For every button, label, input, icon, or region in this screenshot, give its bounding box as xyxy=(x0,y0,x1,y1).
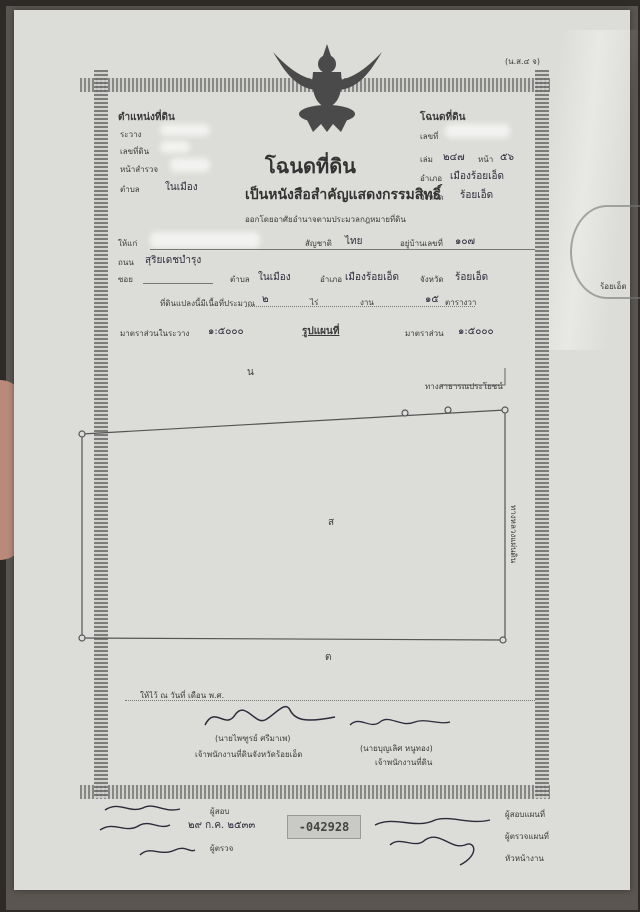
field-value-district: เมืองร้อยเอ็ด xyxy=(450,169,504,184)
plot-map-title: รูปแผนที่ xyxy=(302,324,339,339)
owner-province-label: จังหวัด xyxy=(420,273,444,286)
owner-subdistrict-label: ตำบล xyxy=(230,273,250,286)
area-rai-value: ๒ xyxy=(262,292,269,307)
redacted-survey-page xyxy=(170,158,210,172)
plot-scale-value: ๑:๕๐๐๐ xyxy=(458,324,494,339)
area-label: ที่ดินแปลงนี้มีเนื้อที่ประมาณ xyxy=(160,297,255,310)
address-value: ๑๐๗ xyxy=(455,234,475,249)
soi-label: ซอย xyxy=(118,273,133,286)
footer-date: ๒๙ ก.ค. ๒๕๓๓ xyxy=(188,818,255,833)
map-scale-label: มาตราส่วนในระวาง xyxy=(120,327,189,340)
deed-subtitle: เป็นหนังสือสำคัญแสดงกรรมสิทธิ์ xyxy=(245,184,441,206)
road-label: ถนน xyxy=(118,256,134,269)
deed-heading: โฉนดที่ดิน xyxy=(420,110,465,125)
area-sqwa-value: ๑๕ xyxy=(425,292,439,307)
location-heading: ตำแหน่งที่ดิน xyxy=(118,110,175,125)
owner-line xyxy=(150,249,535,250)
field-label-subdistrict: ตำบล xyxy=(120,183,140,196)
signer-left-name: (นายไพฑูรย์ ศรีมาเพ) xyxy=(215,732,291,745)
redacted-parcel-no xyxy=(160,141,190,153)
plot-road-label: ทางสาธารณประโยชน์ xyxy=(425,380,503,393)
signer-right-name: (นายบุญเลิศ หนูทอง) xyxy=(360,742,433,755)
field-value-volume: ๒๔๗ xyxy=(443,150,465,165)
plot-scale-label: มาตราส่วน xyxy=(405,327,444,340)
deed-title: โฉนดที่ดิน xyxy=(265,150,356,182)
field-value-subdistrict: ในเมือง xyxy=(165,180,198,195)
plot-south-label: ต xyxy=(325,650,332,665)
footer-label-head: หัวหน้างาน xyxy=(505,852,544,865)
signature-left xyxy=(195,695,345,735)
signature-right xyxy=(345,710,455,735)
owner-province-value: ร้อยเอ็ด xyxy=(455,270,488,285)
nationality-value: ไทย xyxy=(345,234,362,249)
signer-right-title: เจ้าพนักงานที่ดิน xyxy=(375,756,432,769)
field-value-page: ๕๖ xyxy=(500,150,514,165)
redacted-map-sheet xyxy=(160,124,210,136)
stamp-text: ร้อยเอ็ด xyxy=(600,280,627,293)
land-plot-map xyxy=(60,360,540,650)
owner-subdistrict-value: ในเมือง xyxy=(258,270,291,285)
footer-label-checker: ผู้สอบ xyxy=(210,805,229,818)
field-value-province: ร้อยเอ็ด xyxy=(460,188,493,203)
map-scale-value: ๑:๕๐๐๐ xyxy=(208,324,244,339)
footer-label-map-checker: ผู้สอบแผนที่ xyxy=(505,808,545,821)
field-label-survey-page: หน้าสำรวจ xyxy=(120,163,158,176)
field-label-parcel-no: เลขที่ดิน xyxy=(120,145,149,158)
redacted-deed-no xyxy=(445,124,510,138)
area-sqwa-label: ตารางวา xyxy=(445,296,476,309)
form-number: (น.ส.๔ จ) xyxy=(505,55,540,68)
field-label-volume: เล่ม xyxy=(420,153,433,166)
signature-footer-right xyxy=(370,810,500,870)
plot-east-label: ทางหลวงแผ่นดิน xyxy=(507,505,520,563)
field-label-map-sheet: ระวาง xyxy=(120,128,141,141)
field-label-deed-no: เลขที่ xyxy=(420,130,438,143)
plot-north-label: น xyxy=(247,365,254,380)
footer-label-map-inspector: ผู้ตรวจแผนที่ xyxy=(505,830,549,843)
owner-district-value: เมืองร้อยเอ็ด xyxy=(345,270,399,285)
owner-label: ให้แก่ xyxy=(118,237,137,250)
signer-left-title: เจ้าพนักงานที่ดินจังหวัดร้อยเอ็ด xyxy=(195,748,302,761)
garuda-emblem-icon xyxy=(265,42,390,134)
field-label-page: หน้า xyxy=(478,153,493,166)
area-ngan-label: งาน xyxy=(360,296,374,309)
footer-label-inspector: ผู้ตรวจ xyxy=(210,842,233,855)
area-rai-label: ไร่ xyxy=(310,296,318,309)
plot-center-label: ส xyxy=(328,515,334,530)
soi-line xyxy=(143,283,213,284)
issued-under-text: ออกโดยอาศัยอำนาจตามประมวลกฎหมายที่ดิน xyxy=(245,213,406,226)
road-value: สุริยเดชบำรุง xyxy=(145,253,201,268)
serial-number: -042928 xyxy=(287,815,361,839)
owner-district-label: อำเภอ xyxy=(320,273,342,286)
redacted-owner-name xyxy=(150,232,260,248)
